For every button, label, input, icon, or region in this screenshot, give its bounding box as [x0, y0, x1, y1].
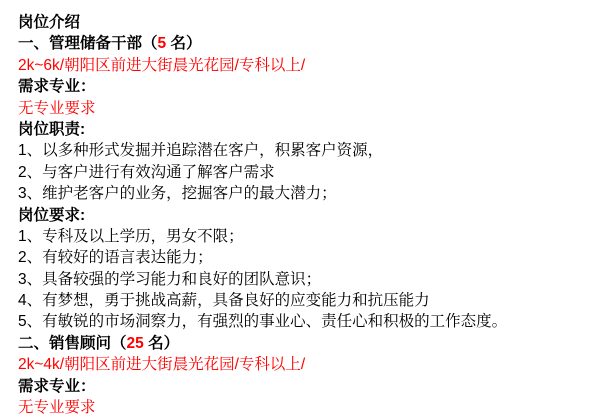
- job-description-document: 岗位介绍 一、管理储备干部（5 名） 2k~6k/朝阳区前进大街晨光花园/专科以…: [0, 0, 602, 420]
- position-1-summary: 2k~6k/朝阳区前进大街晨光花园/专科以上/: [18, 55, 592, 76]
- position-1-requirements-label: 岗位要求:: [18, 205, 592, 226]
- position-1-requirement-item: 1、专科及以上学历，男女不限；: [18, 226, 592, 247]
- position-1-duties-label: 岗位职责:: [18, 119, 592, 140]
- position-1-heading-text: 一、管理储备干部（: [18, 35, 158, 52]
- document-title: 岗位介绍: [18, 12, 592, 33]
- position-2-heading: 二、销售顾问（25 名）: [18, 333, 592, 354]
- position-2-heading-suffix: 名）: [144, 335, 179, 352]
- position-1-requirement-item: 5、有敏锐的市场洞察力，有强烈的事业心、责任心和积极的工作态度。: [18, 311, 592, 332]
- position-2-summary: 2k~4k/朝阳区前进大街晨光花园/专科以上/: [18, 354, 592, 375]
- position-2-heading-text: 二、销售顾问（: [18, 335, 127, 352]
- position-1-duty-item: 3、维护老客户的业务，挖掘客户的最大潜力；: [18, 183, 592, 204]
- position-1-major-label: 需求专业：: [18, 76, 592, 97]
- position-1-requirement-item: 4、有梦想，勇于挑战高薪，具备良好的应变能力和抗压能力: [18, 290, 592, 311]
- position-2-major-label: 需求专业：: [18, 376, 592, 397]
- position-1-heading: 一、管理储备干部（5 名）: [18, 33, 592, 54]
- position-1-requirement-item: 2、有较好的语言表达能力；: [18, 247, 592, 268]
- position-1-requirement-item: 3、具备较强的学习能力和良好的团队意识；: [18, 269, 592, 290]
- position-1-duty-item: 1、以多种形式发掘并追踪潜在客户，积累客户资源，: [18, 140, 592, 161]
- position-2-headcount: 25: [127, 335, 144, 352]
- position-1-heading-suffix: 名）: [166, 35, 201, 52]
- position-1-major-value: 无专业要求: [18, 98, 592, 119]
- position-1-headcount: 5: [158, 35, 167, 52]
- position-1-duty-item: 2、与客户进行有效沟通了解客户需求: [18, 162, 592, 183]
- position-2-major-value: 无专业要求: [18, 397, 592, 418]
